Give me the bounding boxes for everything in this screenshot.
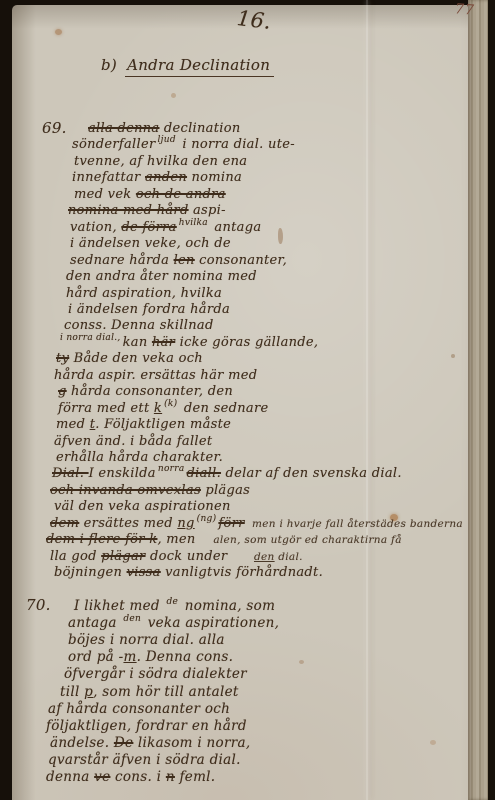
struck-text: här	[152, 335, 175, 350]
text-segment: hårda aspir. ersättas här med	[54, 368, 257, 383]
superscript-insertion: de	[166, 597, 178, 607]
text-segment: plägas	[201, 483, 250, 498]
manuscript-line: i norra dial.,kan här icke göras gälland…	[58, 335, 318, 350]
text-segment: väl den veka aspirationen	[54, 499, 231, 514]
struck-text: och invanda omvexlas	[50, 483, 201, 498]
text-segment: äfven änd. i båda fallet	[54, 434, 212, 449]
text-segment: vation,	[70, 220, 121, 235]
handwriting-layer: 16. 77 b)Andra Declination 69.alla denna…	[0, 0, 495, 800]
text-segment: consonanter,	[195, 253, 287, 268]
text-segment: till	[60, 684, 84, 700]
manuscript-line: qvarstår äfven i södra dial.	[48, 752, 241, 768]
struck-text: plägar	[101, 549, 145, 564]
manuscript-line: förra med ett k(k) den sednare	[58, 401, 268, 416]
struck-text: len	[174, 253, 195, 268]
text-segment: aspi-	[189, 203, 226, 218]
manuscript-line: lla god plägar dock under den dial.	[50, 549, 303, 564]
text-segment: innefattar	[72, 170, 145, 185]
superscript-insertion: hvilka	[179, 218, 208, 228]
struck-text: alla	[88, 121, 117, 136]
page-number: 16.	[236, 6, 273, 34]
manuscript-line: conss. Denna skillnad	[64, 318, 214, 333]
text-segment: p	[84, 684, 93, 700]
struck-text: denna	[117, 121, 159, 136]
struck-text: nomina med hård	[68, 203, 189, 218]
manuscript-line: med t. Följaktligen måste	[56, 417, 231, 432]
text-segment: veka aspirationen,	[143, 615, 279, 631]
text-segment: lla god	[50, 549, 101, 564]
text-segment: med	[56, 417, 90, 432]
text-segment: antaga	[68, 615, 121, 631]
text-segment: m	[123, 649, 136, 665]
manuscript-line: hårda aspir. ersättas här med	[54, 368, 257, 383]
text-segment: feml.	[175, 769, 216, 785]
text-segment: böjningen	[54, 565, 127, 580]
text-segment: cons. i	[110, 769, 166, 785]
struck-text: och de andra	[136, 187, 226, 202]
manuscript-line: af hårda consonanter och	[48, 701, 230, 717]
text-segment: denna	[46, 769, 94, 785]
text-segment: icke göras gällande,	[175, 335, 318, 350]
text-segment: ändelse.	[50, 735, 114, 751]
text-segment: öfvergår i södra dialekter	[64, 666, 247, 682]
text-segment: erhålla hårda charakter.	[56, 450, 223, 465]
text-segment: med vek	[74, 187, 136, 202]
text-segment: vanligtvis förhårdnadt.	[161, 565, 323, 580]
text-segment: . Denna cons.	[137, 649, 234, 665]
superscript-insertion: den	[123, 614, 141, 624]
heading-title: Andra Declination	[125, 56, 274, 77]
text-segment: hård aspiration, hvilka	[66, 286, 222, 301]
text-segment: hårda consonanter, den	[67, 384, 233, 399]
text-segment: , som hör till antalet	[93, 684, 239, 700]
manuscript-line: dem i flere för k, men alen, som utgör e…	[46, 532, 402, 547]
manuscript-line: erhålla hårda charakter.	[56, 450, 223, 465]
text-segment: den	[254, 551, 275, 563]
manuscript-line: tvenne, af hvilka den ena	[74, 154, 247, 169]
text-segment: conss. Denna skillnad	[64, 318, 214, 333]
text-segment: i ändelsen veke, och de	[70, 236, 231, 251]
superscript-insertion: i norra dial.,	[60, 333, 121, 343]
text-segment: böjes i norra dial. alla	[68, 632, 225, 648]
text-segment: ng	[177, 516, 194, 531]
text-segment: ersättes med	[79, 516, 177, 531]
manuscript-line: med vek och de andra	[74, 187, 226, 202]
text-segment: i norra dial. ute-	[178, 137, 295, 152]
section-heading: b)Andra Declination	[101, 56, 274, 74]
text-segment: dock under	[146, 549, 254, 564]
text-segment: i ändelsen fordra hårda	[68, 302, 230, 317]
manuscript-line: den andra åter nomina med	[66, 269, 257, 284]
struck-text: dem	[50, 516, 79, 531]
manuscript-line: till p, som hör till antalet	[60, 684, 239, 700]
manuscript-line: antaga den veka aspirationen,	[68, 615, 279, 631]
section-letter: b)	[101, 56, 117, 74]
manuscript-line: böjningen vissa vanligtvis förhårdnadt.	[54, 565, 323, 580]
manuscript-line: g hårda consonanter, den	[58, 384, 233, 399]
text-segment: förra med ett	[58, 401, 154, 416]
manuscript-line: sednare hårda len consonanter,	[70, 253, 287, 268]
text-segment: , men	[157, 532, 213, 547]
text-segment: I likhet med	[74, 598, 164, 614]
manuscript-line: hård aspiration, hvilka	[66, 286, 222, 301]
struck-text: anden	[145, 170, 187, 185]
manuscript-line: i ändelsen veke, och de	[70, 236, 231, 251]
manuscript-line: äfven änd. i båda fallet	[54, 434, 212, 449]
manuscript-line: nomina med hård aspi-	[68, 203, 226, 218]
text-segment: declination	[159, 121, 240, 136]
text-segment: qvarstår äfven i södra dial.	[48, 752, 241, 768]
text-segment: dial.	[275, 551, 303, 563]
text-segment: I enskilda	[89, 466, 156, 481]
text-segment: nomina	[187, 170, 242, 185]
manuscript-line: följaktligen, fordrar en hård	[46, 718, 247, 734]
text-segment: den andra åter nomina med	[66, 269, 257, 284]
text-segment: tvenne, af hvilka den ena	[74, 154, 247, 169]
manuscript-line: vation, de förrahvilka antaga	[70, 220, 261, 235]
struck-text: n	[166, 769, 175, 785]
text-segment: men i hvarje fall återstädes banderna	[245, 518, 463, 530]
struck-text: dem i flere för k	[46, 532, 157, 547]
manuscript-line: i ändelsen fordra hårda	[68, 302, 230, 317]
paragraph-number: 69.	[42, 119, 67, 137]
struck-text: vissa	[127, 565, 161, 580]
superscript-insertion: norra	[158, 464, 185, 474]
manuscript-line: denna ve cons. i n feml.	[46, 769, 215, 785]
struck-text: förr	[218, 516, 244, 531]
text-segment: alen, som utgör ed charaktirna få	[213, 534, 401, 546]
text-segment: antaga	[210, 220, 261, 235]
manuscript-line: ty Både den veka och	[56, 351, 203, 366]
struck-text: De	[114, 735, 133, 751]
text-segment: ord på -	[68, 649, 123, 665]
struck-text: Dial.	[52, 466, 89, 481]
superscript-insertion: ljud	[158, 135, 176, 145]
manuscript-line: väl den veka aspirationen	[54, 499, 231, 514]
struck-text: diall.	[187, 466, 221, 481]
text-segment: sönderfaller	[72, 137, 156, 152]
text-segment: af hårda consonanter och	[48, 701, 230, 717]
text-segment: Både den veka och	[69, 351, 203, 366]
paragraph-number: 70.	[26, 596, 51, 614]
manuscript-line: öfvergår i södra dialekter	[64, 666, 247, 682]
manuscript-line: och invanda omvexlas plägas	[50, 483, 250, 498]
struck-text: ve	[94, 769, 110, 785]
superscript-insertion: (k)	[164, 399, 177, 409]
superscript-insertion: (ng)	[197, 514, 217, 524]
text-segment: nomina, som	[180, 598, 275, 614]
text-segment: sednare hårda	[70, 253, 174, 268]
text-segment: likasom i norra,	[133, 735, 250, 751]
manuscript-line: alla denna declination	[88, 121, 241, 136]
manuscript-line: innefattar anden nomina	[72, 170, 242, 185]
text-segment: den sednare	[179, 401, 268, 416]
struck-text: de förra	[121, 220, 176, 235]
manuscript-line: ord på -m. Denna cons.	[68, 649, 233, 665]
manuscript-line: Dial. I enskildanorradiall. delar af den…	[52, 466, 402, 481]
struck-text: g	[58, 384, 67, 399]
manuscript-line: sönderfallerljud i norra dial. ute-	[72, 137, 295, 152]
manuscript-line: I likhet med de nomina, som	[74, 598, 275, 614]
manuscript-line: ändelse. De likasom i norra,	[50, 735, 250, 751]
text-segment: kan	[123, 335, 152, 350]
text-segment: . Följaktligen måste	[95, 417, 231, 432]
manuscript-line: böjes i norra dial. alla	[68, 632, 225, 648]
manuscript-photo: 16. 77 b)Andra Declination 69.alla denna…	[0, 0, 495, 800]
folio-number: 77	[454, 1, 475, 18]
manuscript-line: dem ersättes med ng(ng)förr men i hvarje…	[50, 516, 463, 531]
text-segment: följaktligen, fordrar en hård	[46, 718, 247, 734]
text-segment: k	[154, 401, 162, 416]
text-segment: delar af den svenska dial.	[221, 466, 402, 481]
struck-text: ty	[56, 351, 69, 366]
